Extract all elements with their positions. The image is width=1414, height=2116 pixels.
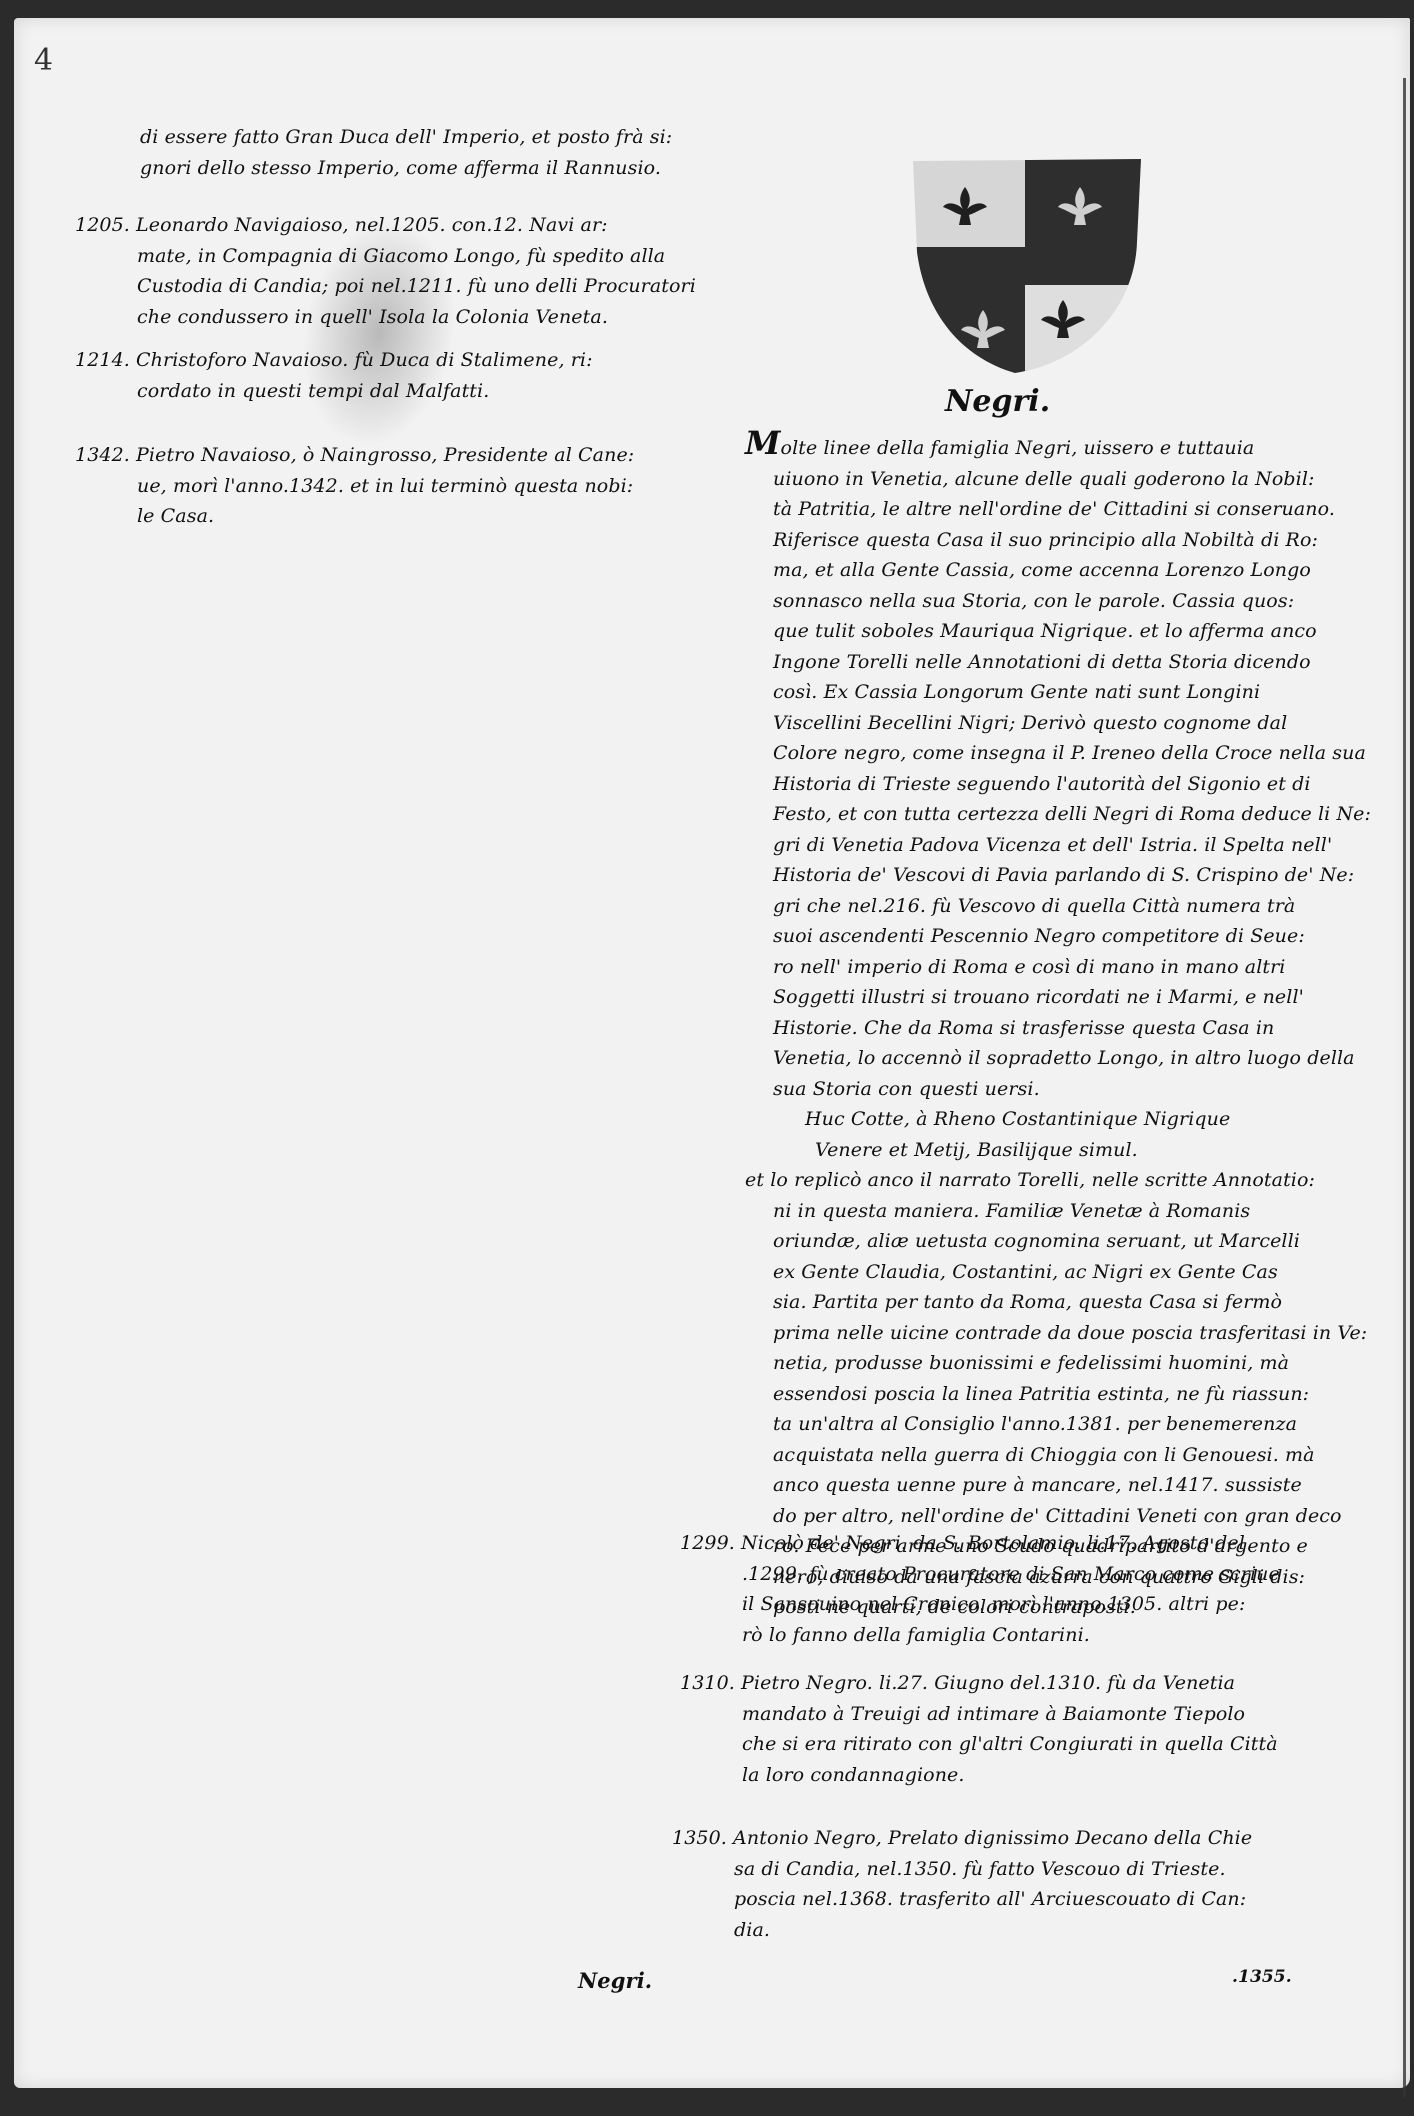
text-line: Historia de' Vescovi di Pavia parlando d… (745, 860, 1345, 891)
text-line: Venetia, lo accennò il sopradetto Longo,… (745, 1043, 1345, 1074)
text-line: poscia nel.1368. trasferito all' Arciues… (672, 1884, 1252, 1915)
text-line: ni in questa maniera. Familiæ Venetæ à R… (745, 1196, 1345, 1227)
text-line: mate, in Compagnia di Giacomo Longo, fù … (75, 241, 696, 272)
text-line: 1350. Antonio Negro, Prelato dignissimo … (672, 1823, 1252, 1854)
text-line: Soggetti illustri si trouano ricordati n… (745, 982, 1345, 1013)
next-year-marker: .1355. (1232, 1962, 1292, 1993)
text-line: gnori dello stesso Imperio, come afferma… (140, 153, 672, 184)
verse-line: Huc Cotte, à Rheno Costantinique Nigriqu… (745, 1104, 1345, 1135)
text-line: Historie. Che da Roma si trasferisse que… (745, 1013, 1345, 1044)
family-title: Negri. (945, 384, 1050, 419)
text-line: uiuono in Venetia, alcune delle quali go… (745, 464, 1345, 495)
text-line: che condussero in quell' Isola la Coloni… (75, 302, 696, 333)
text-line: gri che nel.216. fù Vescovo di quella Ci… (745, 891, 1345, 922)
text-segment: olte linee della famiglia Negri, uissero… (781, 437, 1255, 459)
continuation-text: di essere fatto Gran Duca dell' Imperio,… (140, 122, 672, 183)
text-line: Molte linee della famiglia Negri, uisser… (745, 428, 1345, 464)
text-line: ma, et alla Gente Cassia, come accenna L… (745, 555, 1345, 586)
entry-1205: 1205. Leonardo Navigaioso, nel.1205. con… (75, 210, 696, 332)
text-line: 1342. Pietro Navaioso, ò Naingrosso, Pre… (75, 440, 634, 471)
text-line: que tulit soboles Mauriqua Nigrique. et … (745, 616, 1345, 647)
text-line: et lo replicò anco il narrato Torelli, n… (745, 1165, 1345, 1196)
drop-cap: M (745, 424, 781, 462)
text-line: sua Storia con questi uersi. (745, 1074, 1345, 1105)
text-line: le Casa. (75, 501, 634, 532)
shield-icon (905, 147, 1145, 377)
text-line: Historia di Trieste seguendo l'autorità … (745, 769, 1345, 800)
entry-text: Leonardo Navigaioso, nel.1205. con.12. N… (136, 214, 608, 236)
text-line: Viscellini Becellini Nigri; Derivò quest… (745, 708, 1345, 739)
entry-1342: 1342. Pietro Navaioso, ò Naingrosso, Pre… (75, 440, 634, 532)
text-line: tà Patritia, le altre nell'ordine de' Ci… (745, 494, 1345, 525)
text-line: Custodia di Candia; poi nel.1211. fù uno… (75, 271, 696, 302)
text-line: così. Ex Cassia Longorum Gente nati sunt… (745, 677, 1345, 708)
text-line: il Sansouino nel Cronico. morì l'anno.13… (680, 1589, 1280, 1620)
coat-of-arms (905, 147, 1145, 377)
text-line: essendosi poscia la linea Patritia estin… (745, 1379, 1345, 1410)
entry-year: 1310. (680, 1672, 735, 1694)
text-line: rò lo fanno della famiglia Contarini. (680, 1620, 1280, 1651)
text-line: 1214. Christoforo Navaioso. fù Duca di S… (75, 345, 593, 376)
entry-1214: 1214. Christoforo Navaioso. fù Duca di S… (75, 345, 593, 406)
text-line: gri di Venetia Padova Vicenza et dell' I… (745, 830, 1345, 861)
entry-text: Christoforo Navaioso. fù Duca di Stalime… (136, 349, 593, 371)
entry-year: 1299. (680, 1532, 735, 1554)
entry-year: 1214. (75, 349, 130, 371)
text-line: ta un'altra al Consiglio l'anno.1381. pe… (745, 1409, 1345, 1440)
entry-year: 1205. (75, 214, 130, 236)
text-line: Riferisce questa Casa il suo principio a… (745, 525, 1345, 556)
entry-text: Pietro Navaioso, ò Naingrosso, President… (136, 444, 634, 466)
entry-text: Nicolò de' Negri. da S. Bortolamio. li.1… (741, 1532, 1245, 1554)
text-line: Ingone Torelli nelle Annotationi di dett… (745, 647, 1345, 678)
text-line: mandato à Treuigi ad intimare à Baiamont… (680, 1699, 1278, 1730)
text-line: sia. Partita per tanto da Roma, questa C… (745, 1287, 1345, 1318)
text-line: do per altro, nell'ordine de' Cittadini … (745, 1501, 1345, 1532)
text-line: ex Gente Claudia, Costantini, ac Nigri e… (745, 1257, 1345, 1288)
verse-line: Venere et Metij, Basilijque simul. (745, 1135, 1345, 1166)
text-line: .1299. fù creato Procuratore di San Marc… (680, 1559, 1280, 1590)
text-line: netia, produsse buonissimi e fedelissimi… (745, 1348, 1345, 1379)
entry-year: 1342. (75, 444, 130, 466)
text-line: 1205. Leonardo Navigaioso, nel.1205. con… (75, 210, 696, 241)
text-line: la loro condannagione. (680, 1760, 1278, 1791)
entry-1350: 1350. Antonio Negro, Prelato dignissimo … (672, 1823, 1252, 1945)
catchword: Negri. (578, 1966, 652, 1997)
text-line: 1310. Pietro Negro. li.27. Giugno del.13… (680, 1668, 1278, 1699)
text-line: ro nell' imperio di Roma e così di mano … (745, 952, 1345, 983)
text-line: oriundæ, aliæ uetusta cognomina seruant,… (745, 1226, 1345, 1257)
family-history-text: Molte linee della famiglia Negri, uisser… (745, 428, 1345, 1623)
entry-1299: 1299. Nicolò de' Negri. da S. Bortolamio… (680, 1528, 1280, 1650)
text-line: sonnasco nella sua Storia, con le parole… (745, 586, 1345, 617)
entry-year: 1350. (672, 1827, 727, 1849)
text-line: anco questa uenne pure à mancare, nel.14… (745, 1470, 1345, 1501)
entry-text: Pietro Negro. li.27. Giugno del.1310. fù… (741, 1672, 1235, 1694)
text-line: che si era ritirato con gl'altri Congiur… (680, 1729, 1278, 1760)
text-line: suoi ascendenti Pescennio Negro competit… (745, 921, 1345, 952)
text-line: Festo, et con tutta certezza delli Negri… (745, 799, 1345, 830)
entry-text: Antonio Negro, Prelato dignissimo Decano… (733, 1827, 1252, 1849)
text-line: di essere fatto Gran Duca dell' Imperio,… (140, 122, 672, 153)
text-line: sa di Candia, nel.1350. fù fatto Vescouo… (672, 1854, 1252, 1885)
page-edge (1403, 78, 1406, 2098)
entry-1310: 1310. Pietro Negro. li.27. Giugno del.13… (680, 1668, 1278, 1790)
text-line: 1299. Nicolò de' Negri. da S. Bortolamio… (680, 1528, 1280, 1559)
text-line: cordato in questi tempi dal Malfatti. (75, 376, 593, 407)
text-line: Colore negro, come insegna il P. Ireneo … (745, 738, 1345, 769)
text-line: prima nelle uicine contrade da doue posc… (745, 1318, 1345, 1349)
corner-mark: 4 (34, 43, 53, 78)
text-line: ue, morì l'anno.1342. et in lui terminò … (75, 471, 634, 502)
text-line: acquistata nella guerra di Chioggia con … (745, 1440, 1345, 1471)
text-line: dia. (672, 1915, 1252, 1946)
